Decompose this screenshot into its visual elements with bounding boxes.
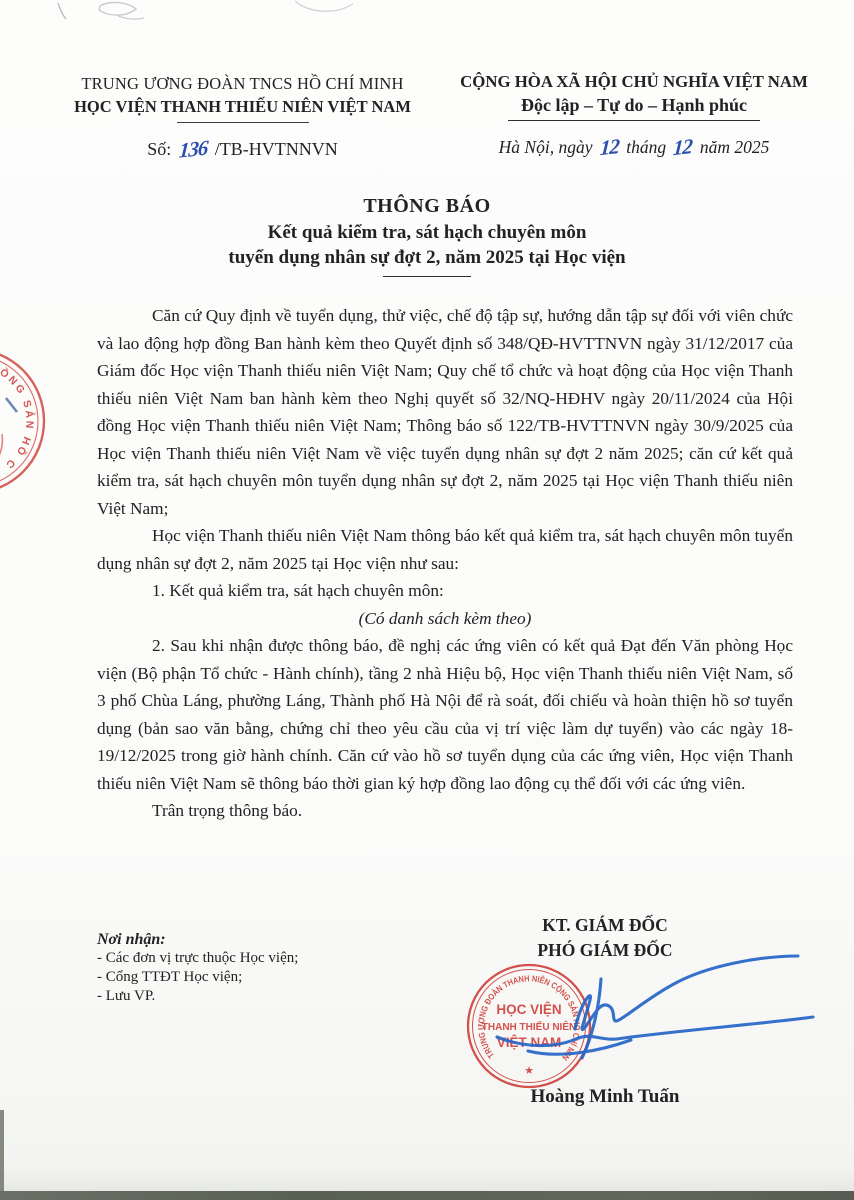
national-motto-line1: CỘNG HÒA XÃ HỘI CHỦ NGHĨA VIỆT NAM — [438, 72, 830, 92]
recipient-item: - Các đơn vị trực thuộc Học viện; — [97, 949, 397, 968]
date-month-handwritten: 12 — [670, 134, 697, 162]
date-day-handwritten: 12 — [596, 134, 623, 162]
recipients-block: Nơi nhận: - Các đơn vị trực thuộc Học vi… — [97, 931, 397, 1005]
issuing-org-block: TRUNG ƯƠNG ĐOÀN TNCS HỒ CHÍ MINH HỌC VIỆ… — [55, 74, 430, 161]
paragraph-announcement: Học viện Thanh thiếu niên Việt Nam thông… — [97, 522, 793, 577]
paragraph-closing: Trân trọng thông báo. — [97, 797, 793, 825]
edge-stamp: ỒNG SẢN HỒ C — [0, 338, 56, 506]
recipient-item: - Cổng TTĐT Học viện; — [97, 968, 397, 987]
date-prefix: Hà Nội, ngày — [499, 137, 593, 157]
paragraph-legal-basis: Căn cứ Quy định về tuyển dụng, thử việc,… — [97, 302, 793, 522]
document-body: Căn cứ Quy định về tuyển dụng, thử việc,… — [97, 302, 793, 825]
org-underline — [177, 122, 309, 123]
document-number-suffix: /TB-HVTNNVN — [215, 139, 338, 159]
signer-name: Hoàng Minh Tuấn — [455, 1086, 755, 1108]
motto-underline — [508, 120, 760, 121]
document-subtitle-line2: tuyển dụng nhân sự đợt 2, năm 2025 tại H… — [0, 247, 854, 269]
date-mid: tháng — [626, 137, 666, 157]
date-suffix: năm 2025 — [700, 137, 770, 157]
scan-edge-left — [0, 1110, 4, 1200]
paragraph-item-1: 1. Kết quả kiểm tra, sát hạch chuyên môn… — [97, 577, 793, 605]
org-parent-name: TRUNG ƯƠNG ĐOÀN TNCS HỒ CHÍ MINH — [55, 74, 430, 94]
document-title: THÔNG BÁO — [0, 195, 854, 218]
scan-artifact-marks — [40, 0, 360, 45]
paragraph-attachment-note: (Có danh sách kèm theo) — [97, 605, 793, 633]
handwritten-signature — [440, 928, 825, 1093]
document-title-block: THÔNG BÁO Kết quả kiểm tra, sát hạch chu… — [0, 195, 854, 277]
scan-edge-bottom — [0, 1191, 854, 1200]
place-date-line: Hà Nội, ngày 12 tháng 12 năm 2025 — [438, 134, 830, 159]
paragraph-item-2: 2. Sau khi nhận được thông báo, đề nghị … — [97, 632, 793, 797]
national-header-block: CỘNG HÒA XÃ HỘI CHỦ NGHĨA VIỆT NAM Độc l… — [438, 72, 830, 159]
title-underline — [383, 276, 471, 277]
recipients-label: Nơi nhận: — [97, 931, 397, 949]
document-number: Số: 136 /TB-HVTNNVN — [55, 136, 430, 161]
document-subtitle-line1: Kết quả kiểm tra, sát hạch chuyên môn — [0, 222, 854, 244]
org-name: HỌC VIỆN THANH THIẾU NIÊN VIỆT NAM — [55, 97, 430, 117]
scanned-official-document: ỒNG SẢN HỒ C TRUNG ƯƠNG ĐOÀN TNCS HỒ CHÍ… — [0, 0, 854, 1200]
document-number-prefix: Số: — [147, 139, 171, 159]
national-motto-line2: Độc lập – Tự do – Hạnh phúc — [438, 95, 830, 116]
document-number-handwritten: 136 — [175, 135, 211, 164]
recipient-item: - Lưu VP. — [97, 987, 397, 1006]
